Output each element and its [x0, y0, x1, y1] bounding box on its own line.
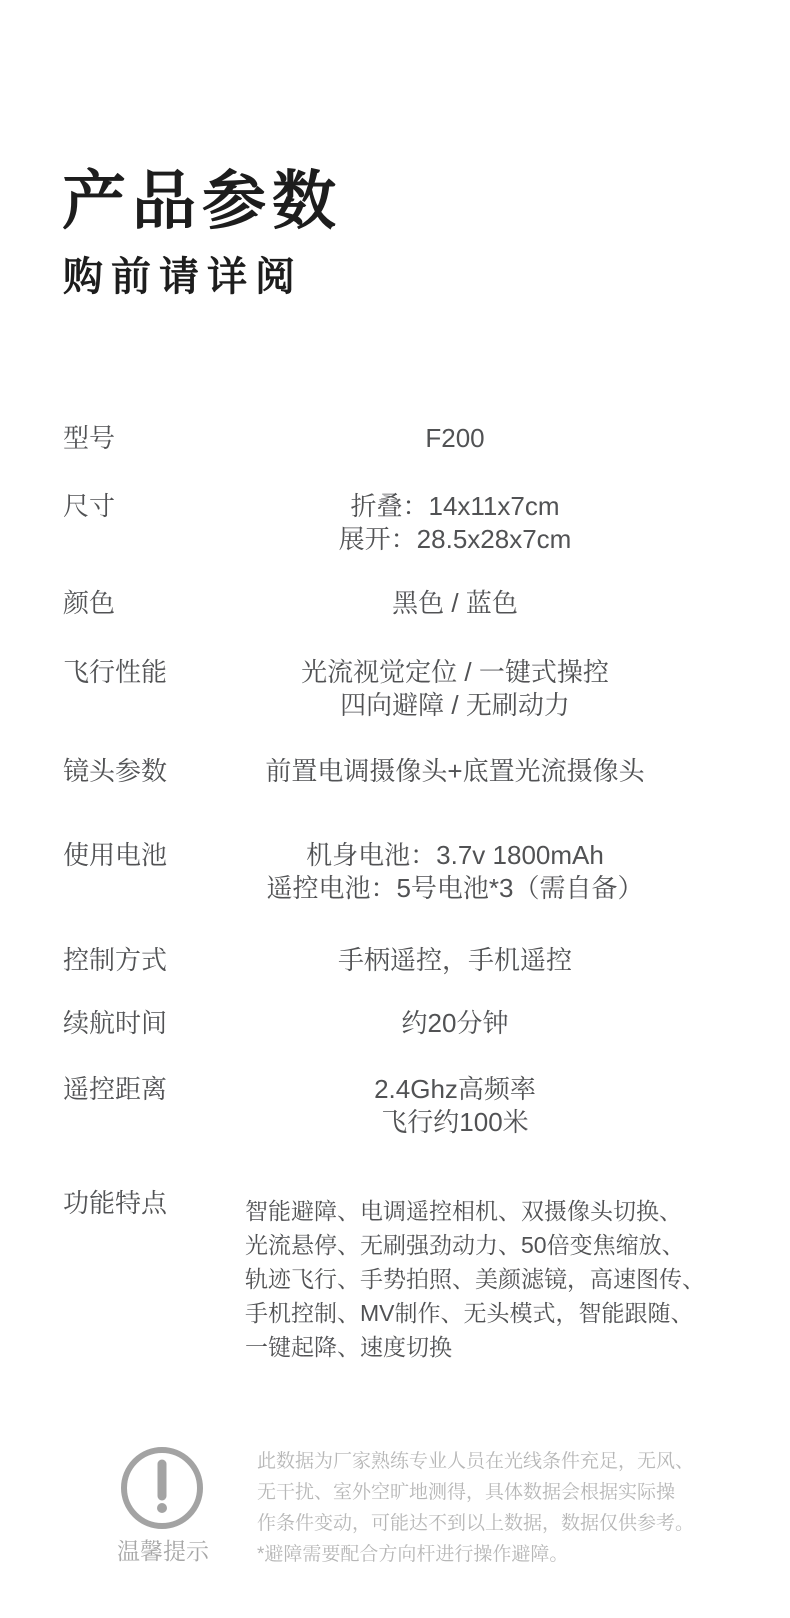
spec-value-line: 机身电池：3.7v 1800mAh — [120, 839, 790, 872]
notice-line: 此数据为厂家熟练专业人员在光线条件充足，无风、 — [257, 1446, 694, 1477]
spec-value-line: F200 — [120, 422, 790, 455]
spec-value-line: 飞行约100米 — [120, 1106, 790, 1139]
feature-list: 智能避障、电调遥控相机、双摄像头切换、 光流悬停、无刷强劲动力、50倍变焦缩放、… — [245, 1194, 705, 1364]
notice-line: 无干扰、室外空旷地测得，具体数据会根据实际操 — [257, 1477, 694, 1508]
spec-value-line: 2.4Ghz高频率 — [120, 1073, 790, 1106]
spec-value-line: 约20分钟 — [120, 1007, 790, 1040]
spec-value: 2.4Ghz高频率 飞行约100米 — [120, 1073, 790, 1139]
spec-value: F200 — [120, 422, 790, 455]
notice-line: *避障需要配合方向杆进行操作避障。 — [257, 1539, 694, 1570]
spec-value-line: 黑色 / 蓝色 — [120, 587, 790, 620]
spec-value-line: 四向避障 / 无刷动力 — [120, 689, 790, 722]
spec-label: 尺寸 — [63, 490, 115, 523]
exclamation-circle-icon — [118, 1444, 206, 1532]
spec-value-line: 前置电调摄像头+底置光流摄像头 — [120, 755, 790, 788]
spec-value-line: 折叠：14x11x7cm — [120, 490, 790, 523]
spec-label: 颜色 — [63, 587, 115, 620]
feature-line: 一键起降、速度切换 — [245, 1330, 705, 1364]
notice-line: 作条件变动，可能达不到以上数据，数据仅供参考。 — [257, 1508, 694, 1539]
spec-value: 前置电调摄像头+底置光流摄像头 — [120, 755, 790, 788]
feature-line: 轨迹飞行、手势拍照、美颜滤镜，高速图传、 — [245, 1262, 705, 1296]
spec-value: 手柄遥控，手机遥控 — [120, 944, 790, 977]
spec-label: 型号 — [63, 422, 115, 455]
spec-label: 功能特点 — [63, 1187, 167, 1220]
spec-value-line: 展开：28.5x28x7cm — [120, 523, 790, 556]
tips-label: 温馨提示 — [117, 1536, 209, 1566]
spec-value-line: 手柄遥控，手机遥控 — [120, 944, 790, 977]
page-subtitle: 购前请详阅 — [63, 254, 303, 300]
spec-value: 约20分钟 — [120, 1007, 790, 1040]
page-title: 产品参数 — [62, 166, 342, 236]
spec-value: 折叠：14x11x7cm 展开：28.5x28x7cm — [120, 490, 790, 556]
notice-text: 此数据为厂家熟练专业人员在光线条件充足，无风、 无干扰、室外空旷地测得，具体数据… — [257, 1446, 694, 1570]
spec-value: 黑色 / 蓝色 — [120, 587, 790, 620]
spec-value-line: 遥控电池：5号电池*3（需自备） — [120, 872, 790, 905]
feature-line: 手机控制、MV制作、无头模式，智能跟随、 — [245, 1296, 705, 1330]
feature-line: 智能避障、电调遥控相机、双摄像头切换、 — [245, 1194, 705, 1228]
spec-value: 机身电池：3.7v 1800mAh 遥控电池：5号电池*3（需自备） — [120, 839, 790, 905]
spec-value-line: 光流视觉定位 / 一键式操控 — [120, 656, 790, 689]
spec-value: 光流视觉定位 / 一键式操控 四向避障 / 无刷动力 — [120, 656, 790, 722]
feature-line: 光流悬停、无刷强劲动力、50倍变焦缩放、 — [245, 1228, 705, 1262]
product-spec-page: 产品参数 购前请详阅 型号 F200 尺寸 折叠：14x11x7cm 展开：28… — [0, 0, 790, 1618]
